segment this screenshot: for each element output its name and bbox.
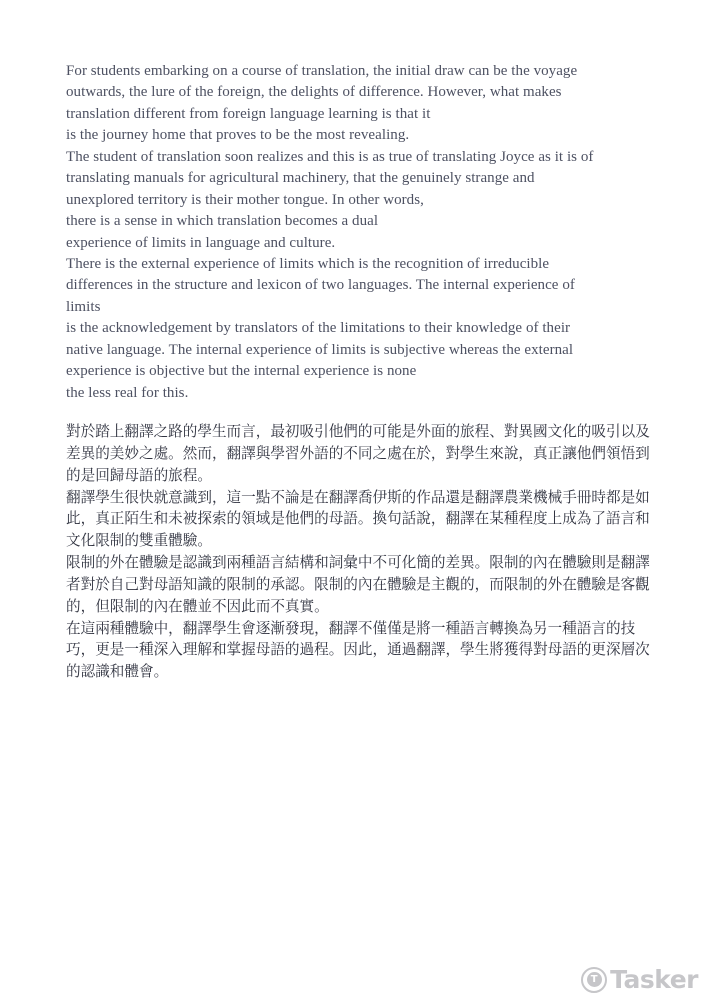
- tasker-logo-letter: T: [587, 972, 602, 987]
- english-text-line: the less real for this.: [66, 383, 593, 404]
- english-text-line: outwards, the lure of the foreign, the d…: [66, 82, 593, 103]
- english-text-line: is the acknowledgement by translators of…: [66, 318, 593, 339]
- chinese-text-line: 此，真正陌生和未被探索的領域是他們的母語。換句話說，翻譯在某種程度上成為了語言和: [66, 509, 650, 531]
- tasker-brand-name: Tasker: [610, 965, 698, 994]
- english-text-line: experience is objective but the internal…: [66, 361, 593, 382]
- english-text-line: unexplored territory is their mother ton…: [66, 190, 593, 211]
- english-paragraph-block: For students embarking on a course of tr…: [66, 61, 593, 404]
- english-text-line: native language. The internal experience…: [66, 340, 593, 361]
- english-text-line: differences in the structure and lexicon…: [66, 275, 593, 296]
- english-text-line: experience of limits in language and cul…: [66, 233, 593, 254]
- english-text-line: The student of translation soon realizes…: [66, 147, 593, 168]
- tasker-watermark: T Tasker: [581, 965, 698, 994]
- english-text-line: there is a sense in which translation be…: [66, 211, 593, 232]
- chinese-text-line: 巧，更是一種深入理解和掌握母語的過程。因此，通過翻譯，學生將獲得對母語的更深層次: [66, 640, 650, 662]
- chinese-paragraph-block: 對於踏上翻譯之路的學生而言，最初吸引他們的可能是外面的旅程、對異國文化的吸引以及…: [66, 422, 650, 684]
- chinese-text-line: 翻譯學生很快就意識到，這一點不論是在翻譯喬伊斯的作品還是翻譯農業機械手冊時都是如: [66, 488, 650, 510]
- english-text-line: For students embarking on a course of tr…: [66, 61, 593, 82]
- english-text-line: translation different from foreign langu…: [66, 104, 593, 125]
- tasker-logo-icon: T: [581, 967, 607, 993]
- english-text-line: is the journey home that proves to be th…: [66, 125, 593, 146]
- english-text-line: translating manuals for agricultural mac…: [66, 168, 593, 189]
- chinese-text-line: 的，但限制的內在體並不因此而不真實。: [66, 597, 650, 619]
- chinese-text-line: 限制的外在體驗是認識到兩種語言結構和詞彙中不可化簡的差異。限制的內在體驗則是翻譯: [66, 553, 650, 575]
- english-text-line: There is the external experience of limi…: [66, 254, 593, 275]
- chinese-text-line: 對於踏上翻譯之路的學生而言，最初吸引他們的可能是外面的旅程、對異國文化的吸引以及: [66, 422, 650, 444]
- chinese-text-line: 差異的美妙之處。然而，翻譯與學習外語的不同之處在於，對學生來說，真正讓他們領悟到: [66, 444, 650, 466]
- chinese-text-line: 文化限制的雙重體驗。: [66, 531, 650, 553]
- chinese-text-line: 的是回歸母語的旅程。: [66, 466, 650, 488]
- chinese-text-line: 的認識和體會。: [66, 662, 650, 684]
- english-text-line: limits: [66, 297, 593, 318]
- document-page: For students embarking on a course of tr…: [0, 0, 707, 1000]
- chinese-text-line: 者對於自己對母語知識的限制的承認。限制的內在體驗是主觀的，而限制的外在體驗是客觀: [66, 575, 650, 597]
- chinese-text-line: 在這兩種體驗中，翻譯學生會逐漸發現，翻譯不僅僅是將一種語言轉換為另一種語言的技: [66, 619, 650, 641]
